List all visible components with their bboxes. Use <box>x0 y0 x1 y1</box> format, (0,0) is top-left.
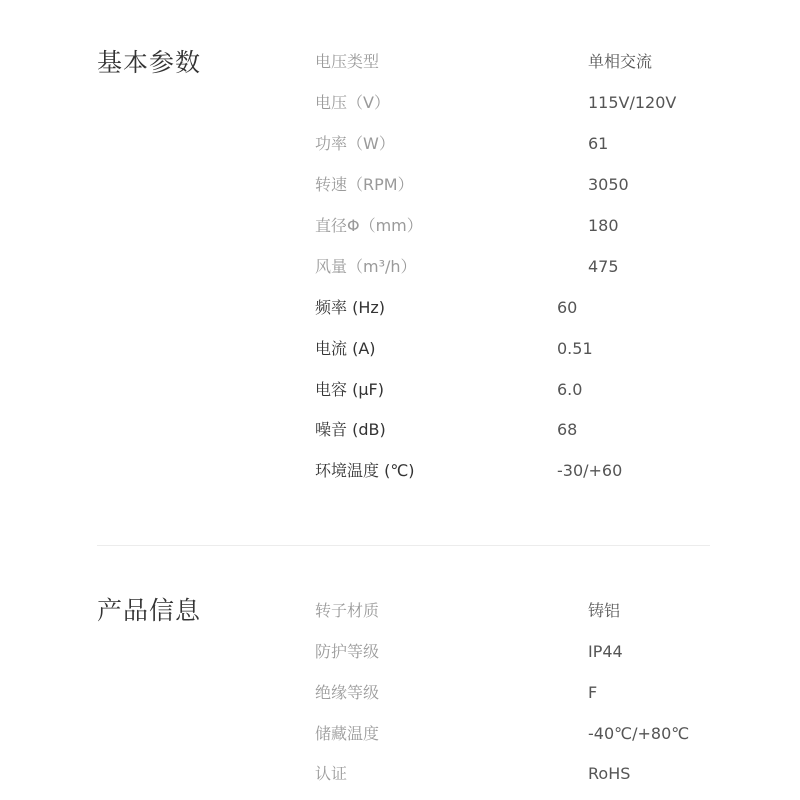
spec-value: -40℃/+80℃ <box>588 722 689 746</box>
spec-value: F <box>588 681 597 705</box>
spec-row-noise: 噪音 (dB) 68 <box>315 418 735 442</box>
spec-label: 频率 (Hz) <box>315 296 385 320</box>
spec-row-rotor-material: 转子材质 铸铝 <box>315 599 735 623</box>
spec-value: 0.51 <box>557 337 593 361</box>
spec-row-certification: 认证 RoHS <box>315 762 735 786</box>
spec-value: IP44 <box>588 640 623 664</box>
spec-row-current: 电流 (A) 0.51 <box>315 337 735 361</box>
spec-label: 噪音 (dB) <box>315 418 386 442</box>
spec-row-protection-class: 防护等级 IP44 <box>315 640 735 664</box>
spec-label: 电容 (µF) <box>315 378 384 402</box>
spec-row-diameter: 直径Φ（mm） 180 <box>315 214 735 238</box>
spec-row-voltage: 电压（V） 115V/120V <box>315 91 735 115</box>
spec-label: 绝缘等级 <box>315 681 379 705</box>
spec-label: 防护等级 <box>315 640 379 664</box>
spec-label: 储藏温度 <box>315 722 379 746</box>
spec-label: 功率（W） <box>315 132 395 156</box>
spec-label: 转子材质 <box>315 599 379 623</box>
spec-row-insulation-class: 绝缘等级 F <box>315 681 735 705</box>
spec-row-frequency: 频率 (Hz) 60 <box>315 296 735 320</box>
spec-row-power: 功率（W） 61 <box>315 132 735 156</box>
spec-value: 单相交流 <box>588 50 652 74</box>
spec-label: 直径Φ（mm） <box>315 214 423 238</box>
spec-value: 6.0 <box>557 378 582 402</box>
spec-value: 68 <box>557 418 577 442</box>
spec-value: 475 <box>588 255 619 279</box>
spec-label: 电压类型 <box>315 50 379 74</box>
spec-row-capacitance: 电容 (µF) 6.0 <box>315 378 735 402</box>
spec-value: 61 <box>588 132 608 156</box>
spec-label: 认证 <box>315 762 347 786</box>
spec-value: -30/+60 <box>557 459 622 483</box>
spec-value: 60 <box>557 296 577 320</box>
section-title-basic-params: 基本参数 <box>97 48 201 78</box>
spec-row-storage-temp: 储藏温度 -40℃/+80℃ <box>315 722 735 746</box>
spec-value: 3050 <box>588 173 629 197</box>
spec-label: 转速（RPM） <box>315 173 414 197</box>
spec-value: RoHS <box>588 762 630 786</box>
spec-row-airflow: 风量（m³/h） 475 <box>315 255 735 279</box>
spec-label: 环境温度 (℃) <box>315 459 415 483</box>
spec-label: 电流 (A) <box>315 337 376 361</box>
spec-row-ambient-temp: 环境温度 (℃) -30/+60 <box>315 459 735 483</box>
spec-value: 115V/120V <box>588 91 676 115</box>
spec-row-voltage-type: 电压类型 单相交流 <box>315 50 735 74</box>
spec-label: 风量（m³/h） <box>315 255 417 279</box>
spec-page: 基本参数 电压类型 单相交流 电压（V） 115V/120V 功率（W） 61 … <box>0 0 800 800</box>
spec-label: 电压（V） <box>315 91 390 115</box>
spec-row-speed: 转速（RPM） 3050 <box>315 173 735 197</box>
spec-value: 铸铝 <box>588 599 620 623</box>
section-divider <box>97 545 710 546</box>
spec-value: 180 <box>588 214 619 238</box>
section-title-product-info: 产品信息 <box>97 596 201 626</box>
